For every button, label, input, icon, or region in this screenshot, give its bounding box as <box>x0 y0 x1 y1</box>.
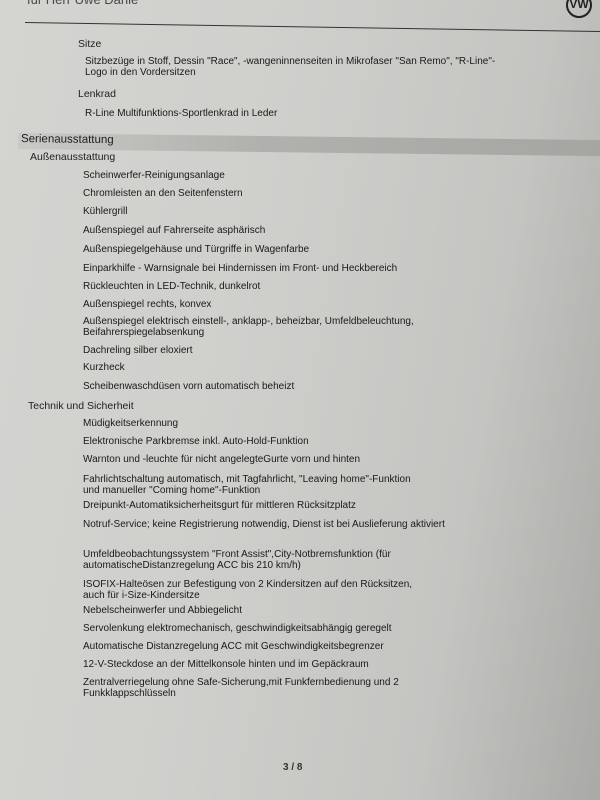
list-item: Notruf-Service; keine Registrierung notw… <box>83 519 513 530</box>
section-title: Serienausstattung <box>21 133 114 146</box>
document-page: für Herr Uwe Dahle VW Sitze Sitzbezüge i… <box>0 0 600 800</box>
heading-lenkrad: Lenkrad <box>78 88 116 100</box>
list-item: Servolenkung elektromechanisch, geschwin… <box>83 623 513 634</box>
list-item: Kühlergrill <box>83 206 513 217</box>
list-item: Scheibenwaschdüsen vorn automatisch behe… <box>83 381 513 392</box>
list-item: Warnton und -leuchte für nicht angelegte… <box>83 454 513 465</box>
list-item: Kurzheck <box>83 362 513 373</box>
list-item: Müdigkeitserkennung <box>83 418 513 429</box>
list-item: Scheinwerfer-Reinigungsanlage <box>83 170 513 181</box>
list-item: Nebelscheinwerfer und Abbiegelicht <box>83 605 513 616</box>
list-item: Dachreling silber eloxiert <box>83 345 513 356</box>
list-item: Dreipunkt-Automatiksicherheitsgurt für m… <box>83 500 513 511</box>
list-item: Außenspiegel auf Fahrerseite asphärisch <box>83 225 513 236</box>
list-item: Automatische Distanzregelung ACC mit Ges… <box>83 641 513 652</box>
list-item: Umfeldbeobachtungssystem "Front Assist",… <box>83 549 413 571</box>
list-item: Außenspiegel elektrisch einstell-, ankla… <box>83 316 433 338</box>
vw-logo-icon: VW <box>566 0 592 18</box>
list-item: 12-V-Steckdose an der Mittelkonsole hint… <box>83 659 513 670</box>
list-item: Zentralverriegelung ohne Safe-Sicherung,… <box>83 677 403 699</box>
list-item: Rückleuchten in LED-Technik, dunkelrot <box>83 281 513 292</box>
page-number: 3 / 8 <box>283 762 302 773</box>
list-item: Elektronische Parkbremse inkl. Auto-Hold… <box>83 436 513 447</box>
header-divider <box>25 22 600 32</box>
list-item: Chromleisten an den Seitenfenstern <box>83 188 513 199</box>
heading-sitze: Sitze <box>78 38 101 50</box>
recipient-header: für Herr Uwe Dahle <box>27 0 138 7</box>
list-item: Außenspiegelgehäuse und Türgriffe in Wag… <box>83 244 513 255</box>
heading-aussenausstattung: Außenausstattung <box>30 151 115 163</box>
list-item: Außenspiegel rechts, konvex <box>83 299 513 310</box>
list-item: R-Line Multifunktions-Sportlenkrad in Le… <box>85 108 277 119</box>
list-item: ISOFIX-Halteösen zur Befestigung von 2 K… <box>83 579 433 601</box>
heading-technik: Technik und Sicherheit <box>28 400 134 412</box>
list-item: Fahrlichtschaltung automatisch, mit Tagf… <box>83 474 423 496</box>
list-item: Einparkhilfe - Warnsignale bei Hindernis… <box>83 263 513 274</box>
list-item: Sitzbezüge in Stoff, Dessin "Race", -wan… <box>85 56 505 78</box>
